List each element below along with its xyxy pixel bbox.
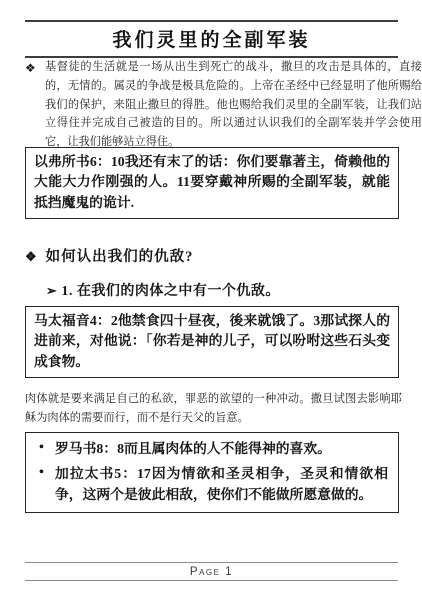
dot-bullet-icon: •: [39, 438, 44, 458]
page-title: 我们灵里的全副军装: [112, 30, 310, 51]
page-footer: Page 1: [25, 562, 398, 581]
intro-paragraph: ❖ 基督徒的生活就是一场从出生到死亡的战斗，撒旦的攻击是具体的，直接的，无情的。…: [25, 58, 422, 152]
diamond-bullet-icon: ❖: [25, 59, 36, 78]
matthew-verse-text: 马太福音4：2他禁食四十昼夜，後来就饿了。3那试探人的进前来，对他说：「你若是神…: [34, 313, 390, 369]
document-page: 我们灵里的全副军装 ❖ 基督徒的生活就是一场从出生到死亡的战斗，撒旦的攻击是具体…: [0, 0, 422, 600]
section-heading-text: 如何认出我们的仇敌?: [46, 249, 194, 265]
ephesians-verse-text: 以弗所书6：10我还有末了的话：你们要靠著主，倚赖他的大能大力作刚强的人。11要…: [34, 154, 390, 210]
scripture-box-matthew: 马太福音4：2他禁食四十昼夜，後来就饿了。3那试探人的进前来，对他说：「你若是神…: [25, 306, 399, 378]
section-sub-item: ➢1. 在我们的肉体之中有一个仇敌。: [46, 280, 280, 300]
sub-item-text: 1. 在我们的肉体之中有一个仇敌。: [61, 284, 280, 299]
commentary-text: 肉体就是要来满足自己的私欲，罪恶的欲望的一种冲动。撒旦试图去影响耶稣为肉体的需要…: [25, 393, 402, 424]
scripture-box-verses: • 罗马书8：8而且属肉体的人不能得神的喜欢。 • 加拉太书5：17因为情欲和圣…: [25, 432, 399, 513]
intro-text: 基督徒的生活就是一场从出生到死亡的战斗，撒旦的攻击是具体的，直接的，无情的。属灵…: [45, 61, 422, 148]
dot-bullet-icon: •: [39, 463, 44, 483]
title-block: 我们灵里的全副军装: [25, 20, 398, 58]
page-number: Page 1: [190, 566, 233, 578]
verse-item-galatians: • 加拉太书5：17因为情欲和圣灵相争，圣灵和情欲相争，这两个是彼此相敌，使你们…: [36, 464, 388, 505]
scripture-box-ephesians: 以弗所书6：10我还有末了的话：你们要靠著主，倚赖他的大能大力作刚强的人。11要…: [25, 147, 399, 219]
diamond-bullet-icon: ❖: [25, 249, 38, 264]
section-heading: ❖如何认出我们的仇敌?: [25, 245, 193, 266]
romans-verse-text: 罗马书8：8而且属肉体的人不能得神的喜欢。: [55, 441, 331, 456]
verse-item-romans: • 罗马书8：8而且属肉体的人不能得神的喜欢。: [36, 439, 388, 459]
galatians-verse-text: 加拉太书5：17因为情欲和圣灵相争，圣灵和情欲相争，这两个是彼此相敌，使你们不能…: [55, 466, 388, 501]
arrow-bullet-icon: ➢: [46, 283, 57, 298]
commentary-paragraph: 肉体就是要来满足自己的私欲，罪恶的欲望的一种冲动。撒旦试图去影响耶稣为肉体的需要…: [25, 390, 402, 428]
